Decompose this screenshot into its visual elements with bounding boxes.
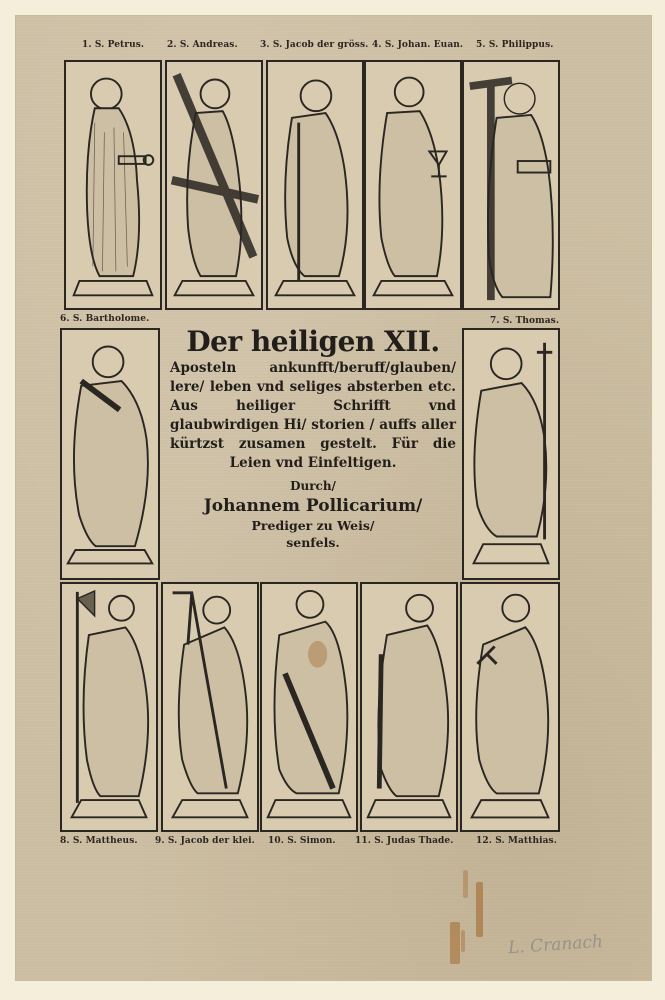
apostle-figure-icon (163, 584, 257, 830)
apostle-figure-icon (362, 584, 456, 830)
panel-apostle-1 (64, 60, 162, 310)
caption-apostle-5: 5. S. Philippus. (476, 40, 553, 50)
caption-apostle-1: 1. S. Petrus. (82, 40, 144, 50)
author-role-line2: senfels. (168, 534, 458, 551)
by-line: Durch/ (168, 477, 458, 495)
author-name: Johannem Pollicarium/ (168, 495, 458, 517)
paper-stain (476, 882, 483, 937)
panel-apostle-11 (360, 582, 458, 832)
main-title: Der heiligen XII. (168, 325, 458, 359)
panel-apostle-5 (462, 60, 560, 310)
apostle-figure-icon (464, 62, 558, 308)
apostle-figure-icon (62, 584, 156, 830)
caption-apostle-11: 11. S. Judas Thade. (355, 836, 454, 846)
caption-apostle-10: 10. S. Simon. (268, 836, 336, 846)
paper-stain (450, 922, 460, 964)
title-description: Aposteln ankunfft/beruff/glauben/ lere/ … (168, 359, 458, 473)
panel-apostle-8 (60, 582, 158, 832)
panel-apostle-6 (60, 328, 160, 580)
panel-apostle-7 (462, 328, 560, 580)
panel-apostle-3 (266, 60, 364, 310)
caption-apostle-3: 3. S. Jacob der gröss. (260, 40, 368, 50)
title-block: Der heiligen XII. Aposteln ankunfft/beru… (168, 325, 458, 551)
apostle-figure-icon (464, 330, 558, 578)
apostle-figure-icon (62, 330, 158, 578)
paper-stain (461, 930, 465, 952)
panel-apostle-2 (165, 60, 263, 310)
paper-stain (463, 870, 468, 898)
apostle-figure-icon (262, 584, 356, 830)
caption-apostle-4: 4. S. Johan. Euan. (372, 40, 463, 50)
panel-apostle-10 (260, 582, 358, 832)
apostle-figure-icon (268, 62, 362, 308)
apostle-figure-icon (167, 62, 261, 308)
caption-apostle-6: 6. S. Bartholome. (60, 314, 149, 324)
caption-apostle-12: 12. S. Matthias. (476, 836, 557, 846)
caption-apostle-8: 8. S. Mattheus. (60, 836, 138, 846)
panel-apostle-9 (161, 582, 259, 832)
apostle-figure-icon (366, 62, 460, 308)
author-role-line1: Prediger zu Weis/ (168, 517, 458, 534)
caption-apostle-2: 2. S. Andreas. (167, 40, 238, 50)
panel-apostle-4 (364, 60, 462, 310)
caption-apostle-7: 7. S. Thomas. (490, 316, 559, 326)
apostle-figure-icon (66, 62, 160, 308)
caption-apostle-9: 9. S. Jacob der klei. (155, 836, 255, 846)
apostle-figure-icon (462, 584, 558, 830)
panel-apostle-12 (460, 582, 560, 832)
